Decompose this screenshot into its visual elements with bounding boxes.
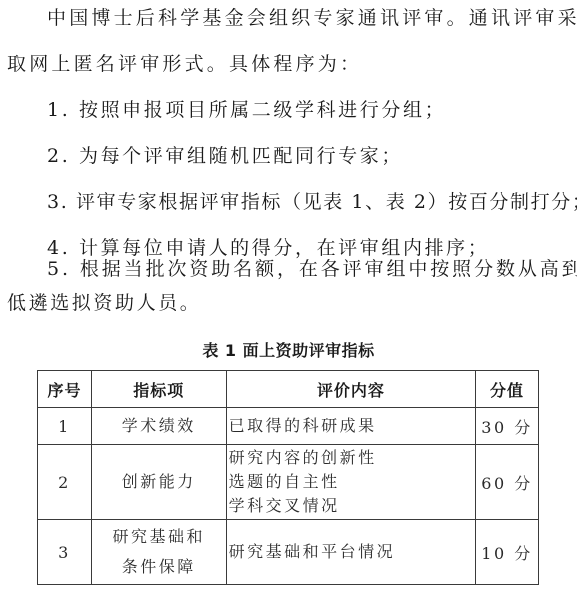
review-criteria-table: 序号 指标项 评价内容 分值 1 学术绩效 已取得的科研成果 30 分 2 创 [37, 370, 539, 585]
step-5-line-1: 5. 根据当批次资助名额，在各评审组中按照分数从高到 [47, 257, 577, 281]
cell-index: 2 [38, 445, 92, 520]
cell-content-line: 已取得的科研成果 [229, 414, 475, 438]
cell-item: 研究基础和 条件保障 [91, 520, 226, 585]
cell-item-line: 学术绩效 [92, 414, 226, 438]
cell-score: 10 分 [476, 520, 539, 585]
table-row: 1 学术绩效 已取得的科研成果 30 分 [38, 408, 539, 445]
header-score: 分值 [476, 371, 539, 408]
cell-item: 创新能力 [91, 445, 226, 520]
header-item: 指标项 [91, 371, 226, 408]
cell-score: 30 分 [476, 408, 539, 445]
cell-item-line: 创新能力 [92, 470, 226, 494]
step-1: 1. 按照申报项目所属二级学科进行分组； [47, 98, 446, 122]
cell-item-line: 研究基础和 [92, 522, 226, 552]
cell-content-line: 研究内容的创新性 [229, 446, 475, 470]
header-content: 评价内容 [226, 371, 475, 408]
table-row: 3 研究基础和 条件保障 研究基础和平台情况 10 分 [38, 520, 539, 585]
table-header-row: 序号 指标项 评价内容 分值 [38, 371, 539, 408]
cell-content: 研究基础和平台情况 [226, 520, 475, 585]
header-index: 序号 [38, 371, 92, 408]
paragraph-intro-line-2: 取网上匿名评审形式。具体程序为： [7, 52, 362, 76]
cell-content: 研究内容的创新性 选题的自主性 学科交叉情况 [226, 445, 475, 520]
table-row: 2 创新能力 研究内容的创新性 选题的自主性 学科交叉情况 60 分 [38, 445, 539, 520]
cell-content-line: 研究基础和平台情况 [229, 540, 475, 564]
cell-index: 1 [38, 408, 92, 445]
cell-content-line: 选题的自主性 [229, 470, 475, 494]
table-caption: 表 1 面上资助评审指标 [0, 340, 577, 362]
cell-content-line: 学科交叉情况 [229, 494, 475, 518]
cell-item: 学术绩效 [91, 408, 226, 445]
paragraph-intro-line-1: 中国博士后科学基金会组织专家通讯评审。通讯评审采 [47, 6, 577, 30]
cell-score: 60 分 [476, 445, 539, 520]
step-2: 2. 为每个评审组随机匹配同行专家； [47, 144, 403, 168]
cell-content: 已取得的科研成果 [226, 408, 475, 445]
cell-item-line: 条件保障 [92, 552, 226, 582]
step-3: 3. 评审专家根据评审指标（见表 1、表 2）按百分制打分； [47, 190, 577, 214]
step-5-line-2: 低遴选拟资助人员。 [7, 291, 201, 315]
cell-index: 3 [38, 520, 92, 585]
